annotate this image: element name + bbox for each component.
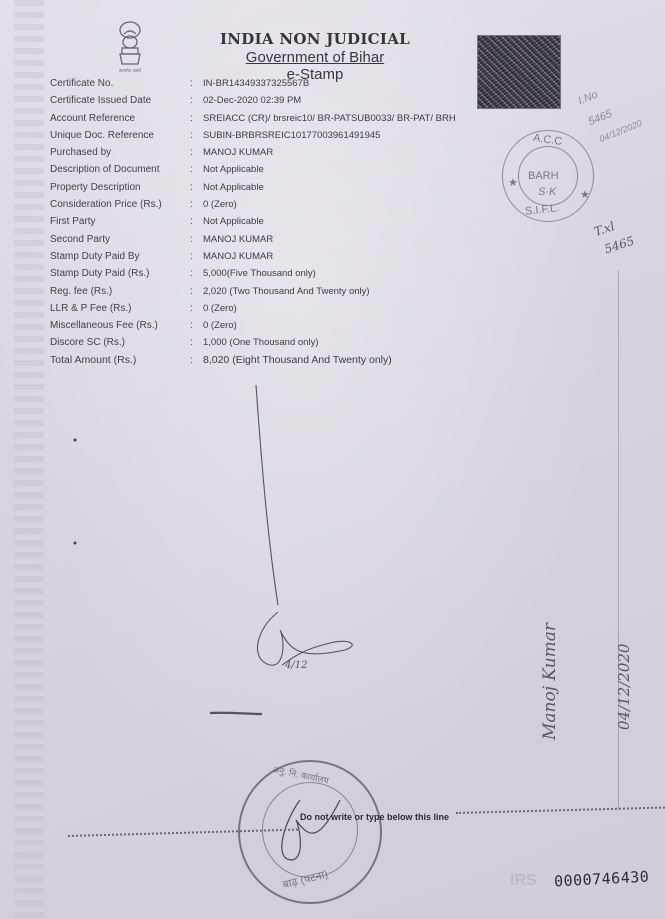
field-colon: : [190,317,193,334]
field-value: 02-Dec-2020 02:39 PM [203,92,301,109]
field-label: Certificate Issued Date [50,92,151,109]
field-label: Stamp Duty Paid (Rs.) [50,265,149,282]
field-row: Stamp Duty Paid By:MANOJ KUMAR [50,248,490,265]
field-colon: : [190,213,193,230]
field-row: LLR & P Fee (Rs.):0 (Zero) [50,300,490,317]
field-label: Purchased by [50,144,111,161]
field-colon: : [190,75,193,92]
field-label: Certificate No. [50,75,113,92]
field-label: Description of Document [50,161,160,178]
field-label: Discore SC (Rs.) [50,334,125,351]
certificate-fields: Certificate No.:IN-BR14349337325567BCert… [50,75,490,369]
field-label: Total Amount (Rs.) [50,352,136,369]
field-value: MANOJ KUMAR [203,144,273,161]
field-value: 5,000(Five Thousand only) [203,265,316,282]
field-value: 0 (Zero) [203,317,237,334]
field-value: 8,020 (Eight Thousand And Twenty only) [203,352,392,369]
security-border [14,0,44,919]
handwritten-signature-date: 04/12/2020 [615,644,633,730]
handwritten-sig-date: 4/12 [285,660,307,671]
field-row: Consideration Price (Rs.):0 (Zero) [50,196,490,213]
header-title: INDIA NON JUDICIAL [200,30,430,48]
field-label: Reg. fee (Rs.) [50,283,112,300]
emblem-caption: सत्यमेव जयते [119,67,141,73]
field-colon: : [190,248,193,265]
field-value: MANOJ KUMAR [203,248,273,265]
star-icon: ★ [508,176,518,189]
field-colon: : [190,127,193,144]
field-value: SUBIN-BRBRSREIC10177003961491945 [203,127,380,144]
field-label: Account Reference [50,110,135,127]
field-label: LLR & P Fee (Rs.) [50,300,132,317]
national-emblem-icon: सत्यमेव जयते [112,20,148,76]
field-row: Discore SC (Rs.):1,000 (One Thousand onl… [50,334,490,351]
field-value: 1,000 (One Thousand only) [203,334,318,351]
field-colon: : [190,179,193,196]
field-row: Second Party:MANOJ KUMAR [50,231,490,248]
field-colon: : [190,196,193,213]
field-value: SREIACC (CR)/ brsreic10/ BR-PATSUB0033/ … [203,110,456,127]
do-not-write-instruction: Do not write or type below this line [300,812,449,822]
field-value: IN-BR14349337325567B [203,75,309,92]
field-row: Description of Document:Not Applicable [50,161,490,178]
field-row: Stamp Duty Paid (Rs.):5,000(Five Thousan… [50,265,490,282]
header-government: Government of Bihar [200,49,430,66]
field-colon: : [190,231,193,248]
serial-watermark: IRS [510,872,537,890]
field-value: 0 (Zero) [203,300,237,317]
star-icon: ★ [580,188,590,201]
acc-stamp-middle-text: BARH [528,170,559,182]
field-row: Miscellaneous Fee (Rs.):0 (Zero) [50,317,490,334]
field-label: Miscellaneous Fee (Rs.) [50,317,158,334]
field-colon: : [190,161,193,178]
field-value: Not Applicable [203,213,264,230]
field-colon: : [190,283,193,300]
field-colon: : [190,144,193,161]
field-label: Unique Doc. Reference [50,127,154,144]
field-row: Unique Doc. Reference:SUBIN-BRBRSREIC101… [50,127,490,144]
field-value: 2,020 (Two Thousand And Twenty only) [203,283,370,300]
acc-stamp-initials: S·K [538,186,556,198]
field-row: First Party:Not Applicable [50,213,490,230]
field-value: Not Applicable [203,179,264,196]
field-row: Reg. fee (Rs.):2,020 (Two Thousand And T… [50,283,490,300]
field-label: Consideration Price (Rs.) [50,196,162,213]
field-row: Certificate No.:IN-BR14349337325567B [50,75,490,92]
field-colon: : [190,110,193,127]
field-colon: : [190,300,193,317]
field-label: Second Party [50,231,110,248]
field-label: Stamp Duty Paid By [50,248,139,265]
field-label: Property Description [50,179,141,196]
field-row: Certificate Issued Date:02-Dec-2020 02:3… [50,92,490,109]
field-row: Account Reference:SREIACC (CR)/ brsreic1… [50,110,490,127]
field-row: Property Description:Not Applicable [50,179,490,196]
field-colon: : [190,334,193,351]
field-colon: : [190,265,193,282]
field-value: Not Applicable [203,161,264,178]
field-colon: : [190,352,193,369]
field-row: Purchased by:MANOJ KUMAR [50,144,490,161]
field-label: First Party [50,213,96,230]
field-row: Total Amount (Rs.):8,020 (Eight Thousand… [50,352,490,369]
handwritten-signature-name: Manoj Kumar [540,623,560,740]
field-value: 0 (Zero) [203,196,237,213]
field-colon: : [190,92,193,109]
field-value: MANOJ KUMAR [203,231,273,248]
